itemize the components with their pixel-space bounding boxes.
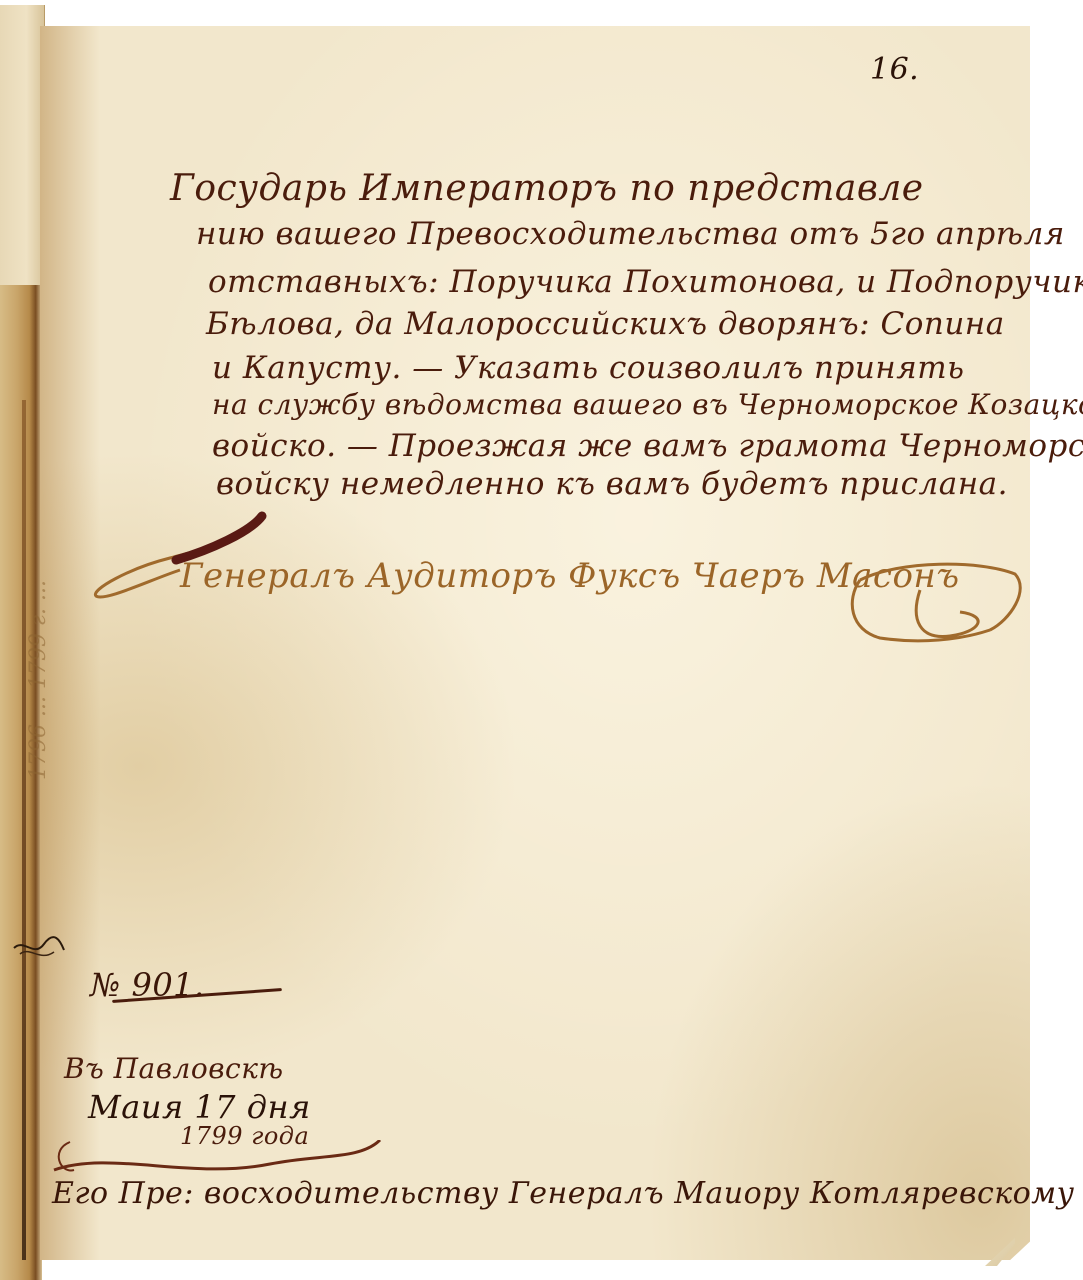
folded-spine-strip — [0, 5, 45, 285]
page-number: 16. — [870, 52, 919, 87]
body-line-7: войско. — Проезжая же вамъ грамота Черно… — [212, 428, 1083, 464]
body-line-4: Бѣлова, да Малороссийскихъ дворянъ: Сопи… — [206, 306, 1005, 342]
body-line-1: Государь Императоръ по представле — [170, 168, 924, 209]
registry-number-label: № — [90, 966, 121, 1004]
body-line-5: и Капусту. — Указать соизволилъ принять — [212, 350, 965, 386]
binding-thread-icon — [10, 928, 66, 968]
date-place: Въ Павловскѣ — [64, 1052, 284, 1085]
binding-crease — [22, 400, 26, 1260]
date-day-month: Маия 17 дня — [88, 1088, 311, 1126]
body-line-6: на службу вѣдомства вашего въ Черноморск… — [212, 388, 1083, 421]
body-line-2: нию вашего Превосходительства отъ 5го ап… — [196, 216, 1065, 252]
addressee: Его Пре: восходительству Генералъ Маиору… — [52, 1176, 1075, 1211]
body-line-3: отставныхъ: Поручика Похитонова, и Подпо… — [208, 264, 1083, 300]
binding-edge — [0, 285, 42, 1280]
date-flourish-icon — [50, 1140, 390, 1180]
margin-annotation: 1796 ... 1799 г. ... — [26, 580, 51, 780]
signature-b-flourish-icon — [840, 560, 1040, 650]
body-line-8: войску немедленно къ вамъ будетъ прислан… — [216, 466, 1008, 502]
